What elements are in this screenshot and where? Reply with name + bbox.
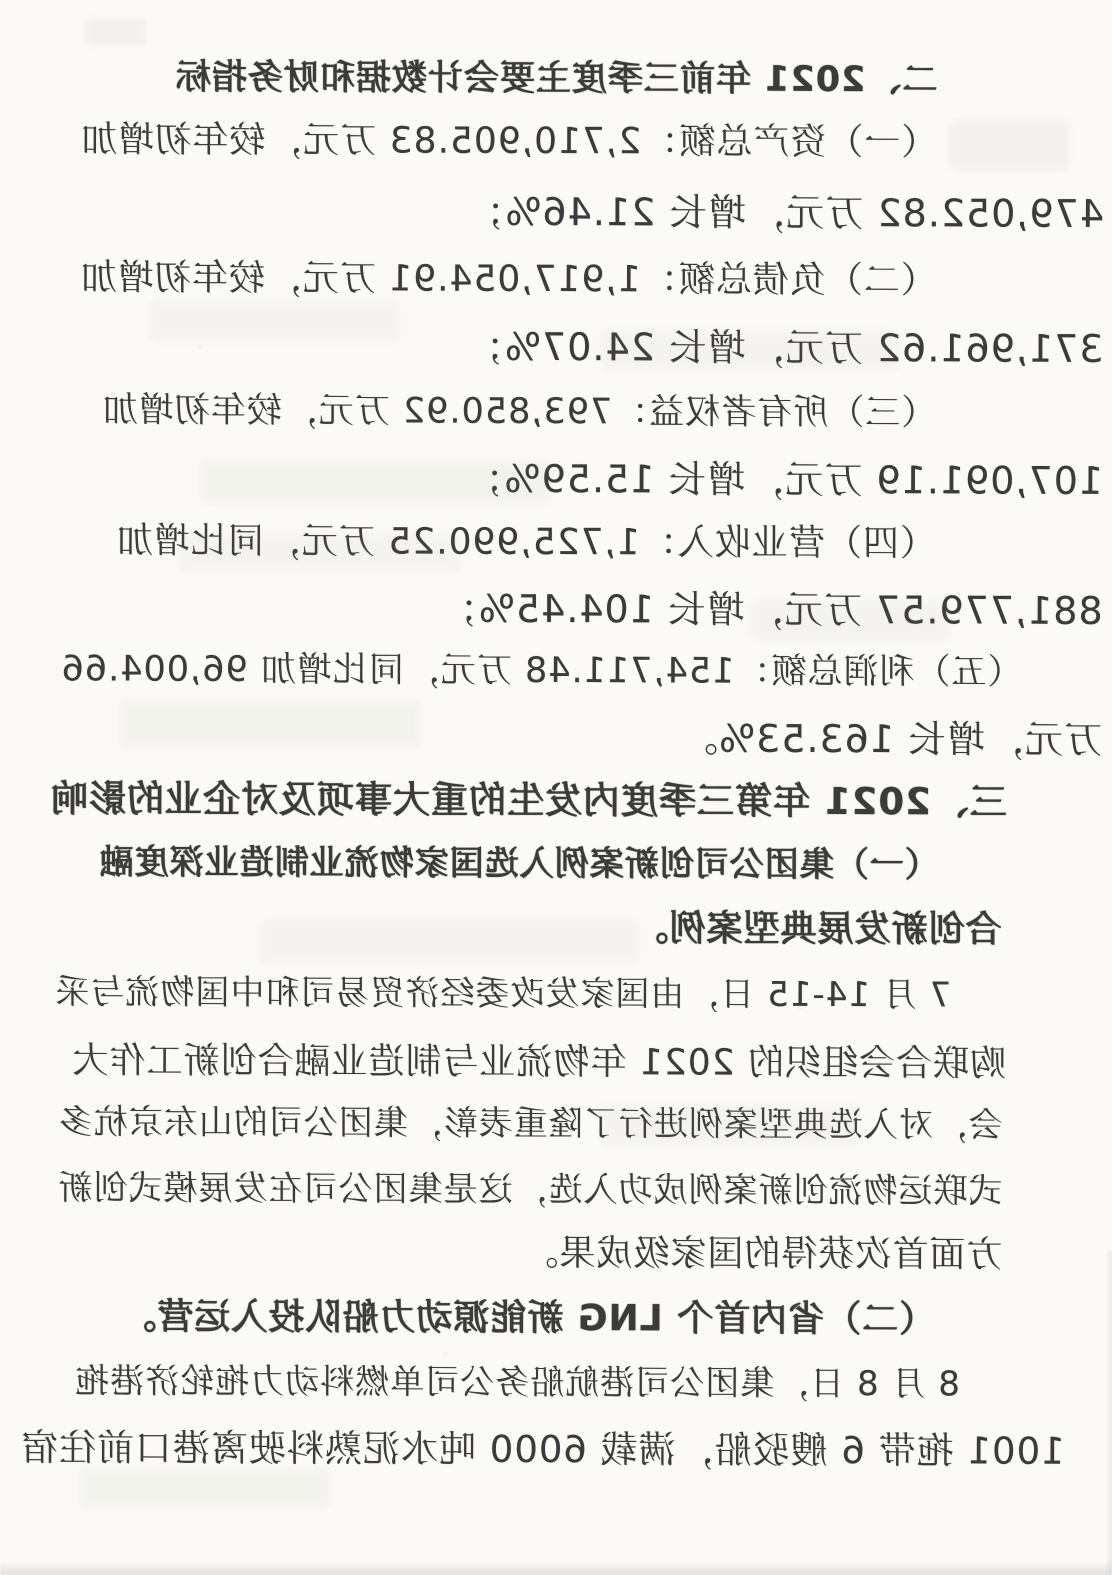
document-text-line: （四）营业收入：1,725,990.25 万元，同比增加 bbox=[116, 519, 936, 565]
document-text-line: 479,052.82 万元，增长 21.46%； bbox=[465, 190, 1104, 238]
document-text-line: 371,961.62 万元，增长 24.07%； bbox=[465, 325, 1104, 373]
mirrored-text-layer: 二、2021 年前三季度主要会计数据和财务指标（一）资产总额：2,710,905… bbox=[0, 0, 1112, 1575]
scanned-page: 二、2021 年前三季度主要会计数据和财务指标（一）资产总额：2,710,905… bbox=[0, 0, 1112, 1575]
document-text-line: 会，对入选典型案例进行了隆重表彰，集团公司的山东京杭多 bbox=[58, 1102, 1003, 1146]
document-sub-heading: 合创新发展典型案例。 bbox=[631, 907, 1001, 951]
document-text-line: （二）负债总额：1,917,054.91 万元，较年初增加 bbox=[80, 256, 937, 302]
document-sub-heading: （一）集团公司创新案例入选国家物流业制造业深度融 bbox=[99, 842, 939, 886]
document-sub-heading: （二）省内首个 LNG 新能源动力船队投入运营。 bbox=[119, 1295, 935, 1341]
document-text-line: 方面首次获得的国家级成果。 bbox=[521, 1232, 1002, 1277]
document-text-line: 881,779.57 万元，增长 104.45%； bbox=[439, 587, 1103, 635]
document-text-line: （一）资产总额：2,710,905.83 万元，较年初增加 bbox=[80, 118, 937, 164]
document-text-line: 1001 拖带 6 艘驳船，满载 6000 吨水泥熟料驶离港口前往宿 bbox=[20, 1426, 1065, 1474]
document-text-line: 8 月 8 日，集团公司港航船务公司单燃料动力拖轮济港拖 bbox=[74, 1361, 960, 1405]
document-text-line: 107,091.19 万元，增长 15.59%； bbox=[464, 457, 1103, 505]
document-section-heading: 三、2021 年第三季度内发生的重大事项及对企业的影响 bbox=[50, 777, 1007, 825]
document-text-line: （三）所有者权益：793,850.92 万元，较年初增加 bbox=[102, 389, 937, 434]
document-section-heading: 二、2021 年前三季度主要会计数据和财务指标 bbox=[175, 57, 938, 102]
scan-edge-shadow bbox=[0, 1561, 1112, 1575]
document-text-line: 7 月 14-15 日，由国家发改委经济贸易司和中国物流与采 bbox=[54, 972, 951, 1016]
scan-edge-shadow bbox=[1106, 1250, 1112, 1575]
document-text-line: 购联合会组织的 2021 年物流业与制造业融合创新工作大 bbox=[71, 1039, 1006, 1085]
document-text-line: 式联运物流创新案例成功入选，这是集团公司在发展模式创新 bbox=[58, 1168, 1003, 1212]
document-text-line: （五）利润总额：154,711.48 万元，同比增加 96,004.66 bbox=[61, 648, 1023, 693]
document-text-line: 万元，增长 163.53%。 bbox=[679, 716, 1102, 763]
